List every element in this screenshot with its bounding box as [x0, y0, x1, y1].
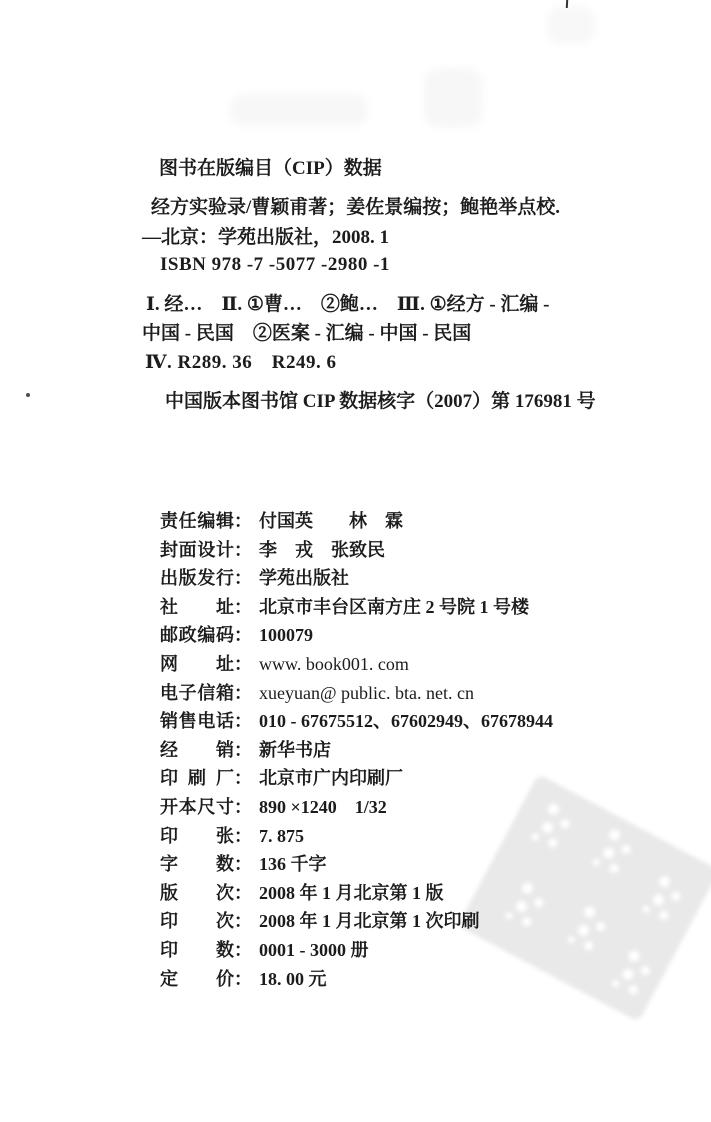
colophon-label: 版次 — [160, 879, 234, 905]
colophon-row: 印刷厂：北京市广内印刷厂 — [160, 764, 553, 793]
colophon-row: 封面设计：李 戎 张致民 — [160, 536, 553, 565]
colophon-label: 印张 — [160, 822, 234, 848]
colophon-label: 销售电话 — [160, 707, 234, 733]
colophon-value: 136 千字 — [259, 850, 327, 876]
colophon-row: 印数：0001 - 3000 册 — [160, 936, 553, 965]
cip-record-line: 中国版本图书馆 CIP 数据核字（2007）第 176981 号 — [165, 391, 596, 413]
colophon-value: 0001 - 3000 册 — [259, 936, 369, 962]
colophon-colon: ： — [234, 507, 252, 533]
colophon-colon: ： — [234, 621, 252, 647]
colophon-value: 付国英 林 霖 — [259, 507, 403, 533]
scanned-copyright-page: 图书在版编目（CIP）数据 经方实验录/曹颖甫著；姜佐景编按；鲍艳举点校. —北… — [0, 0, 711, 1122]
colophon-colon: ： — [234, 822, 252, 848]
colophon-colon: ： — [234, 707, 252, 733]
cip-class-line-1: Ⅰ. 经… Ⅱ. ①曹… ②鲍… Ⅲ. ①经方 - 汇编 - — [146, 294, 550, 316]
cip-class-line-2: 中国 - 民国 ②医案 - 汇编 - 中国 - 民国 — [142, 323, 471, 345]
cip-header: 图书在版编目（CIP）数据 — [159, 158, 382, 180]
colophon-value: 北京市广内印刷厂 — [259, 764, 403, 790]
colophon-row: 社址：北京市丰台区南方庄 2 号院 1 号楼 — [160, 593, 553, 622]
colophon-row: 邮政编码：100079 — [160, 621, 553, 650]
cip-publisher-line: —北京：学苑出版社，2008. 1 — [142, 227, 389, 249]
colophon-row: 字数：136 千字 — [160, 850, 553, 879]
colophon-colon: ： — [234, 650, 252, 676]
cip-class-line-3: Ⅳ. R289. 36 R249. 6 — [145, 352, 337, 374]
colophon-label: 印数 — [160, 936, 234, 962]
colophon-colon: ： — [234, 679, 252, 705]
colophon-colon: ： — [234, 850, 252, 876]
colophon-label: 印次 — [160, 907, 234, 933]
colophon-row: 电子信箱：xueyuan@ public. bta. net. cn — [160, 679, 553, 708]
colophon-label: 印刷厂 — [160, 764, 234, 790]
paper-smudge — [547, 6, 595, 44]
colophon-row: 版次：2008 年 1 月北京第 1 版 — [160, 879, 553, 908]
colophon-colon: ： — [234, 564, 252, 590]
colophon-value: 新华书店 — [259, 736, 331, 762]
colophon-label: 网址 — [160, 650, 234, 676]
seal-glyph-blob — [585, 820, 644, 883]
colophon-label: 电子信箱 — [160, 679, 234, 705]
edge-tick-mark — [566, 0, 568, 8]
colophon-value: www. book001. com — [259, 654, 409, 675]
colophon-colon: ： — [234, 764, 252, 790]
colophon-row: 网址：www. book001. com — [160, 650, 553, 679]
colophon-label: 邮政编码 — [160, 621, 234, 647]
colophon-label: 字数 — [160, 850, 234, 876]
colophon-row: 销售电话：010 - 67675512、67602949、67678944 — [160, 707, 553, 736]
colophon-value: 2008 年 1 月北京第 1 次印刷 — [259, 907, 480, 933]
colophon-value: 北京市丰台区南方庄 2 号院 1 号楼 — [259, 593, 529, 619]
colophon-row: 印次：2008 年 1 月北京第 1 次印刷 — [160, 907, 553, 936]
colophon-colon: ： — [234, 593, 252, 619]
colophon-value: 7. 875 — [259, 826, 304, 847]
colophon-row: 定价：18. 00 元 — [160, 965, 553, 994]
colophon-colon: ： — [234, 879, 252, 905]
colophon-value: 010 - 67675512、67602949、67678944 — [259, 707, 553, 733]
colophon-value: 2008 年 1 月北京第 1 版 — [259, 879, 444, 905]
colophon-colon: ： — [234, 536, 252, 562]
colophon-value: 李 戎 张致民 — [259, 536, 385, 562]
cip-title-line: 经方实验录/曹颖甫著；姜佐景编按；鲍艳举点校. — [151, 197, 560, 219]
colophon-label: 责任编辑 — [160, 507, 234, 533]
seal-glyph-blob — [635, 867, 694, 930]
colophon-row: 开本尺寸：890 ×1240 1/32 — [160, 793, 553, 822]
seal-glyph-blob — [560, 898, 619, 961]
colophon-value: xueyuan@ public. bta. net. cn — [259, 683, 474, 704]
colophon-colon: ： — [234, 907, 252, 933]
colophon-value: 18. 00 元 — [259, 965, 327, 991]
colophon-row: 责任编辑：付国英 林 霖 — [160, 507, 553, 536]
colophon-row: 印张：7. 875 — [160, 822, 553, 851]
colophon-value: 学苑出版社 — [259, 564, 349, 590]
colophon-colon: ： — [234, 736, 252, 762]
colophon-label: 封面设计 — [160, 536, 234, 562]
colophon-label: 开本尺寸 — [160, 793, 234, 819]
colophon-label: 社址 — [160, 593, 234, 619]
colophon-label: 出版发行 — [160, 564, 234, 590]
speck-dot — [26, 393, 30, 397]
colophon-label: 经销 — [160, 736, 234, 762]
colophon-row: 出版发行：学苑出版社 — [160, 564, 553, 593]
paper-smudge — [230, 94, 368, 126]
colophon-label: 定价 — [160, 965, 234, 991]
paper-smudge — [424, 68, 482, 128]
cip-isbn-line: ISBN 978 -7 -5077 -2980 -1 — [160, 254, 390, 276]
colophon-colon: ： — [234, 965, 252, 991]
colophon-value: 100079 — [259, 625, 313, 646]
colophon-colon: ： — [234, 936, 252, 962]
colophon-row: 经销：新华书店 — [160, 736, 553, 765]
colophon-block: 责任编辑：付国英 林 霖 封面设计：李 戎 张致民 出版发行：学苑出版社 社址：… — [160, 507, 553, 993]
colophon-value: 890 ×1240 1/32 — [259, 793, 387, 819]
colophon-colon: ： — [234, 793, 252, 819]
seal-glyph-blob — [605, 942, 664, 1005]
